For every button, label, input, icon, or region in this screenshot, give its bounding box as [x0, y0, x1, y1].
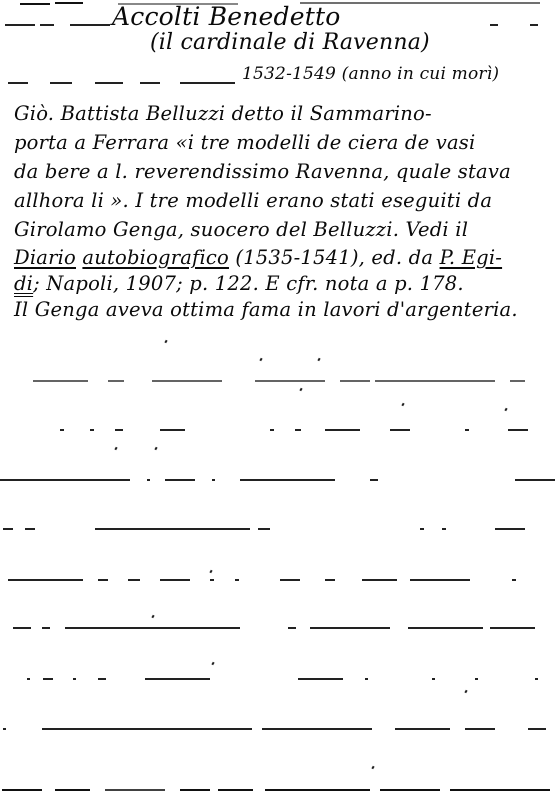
guide-line	[0, 528, 559, 530]
guide-line	[0, 380, 559, 382]
scan-speck	[401, 403, 404, 407]
guide-line	[0, 728, 559, 730]
scan-speck	[371, 766, 374, 770]
scan-speck	[464, 690, 467, 694]
underlined-title: Diario	[14, 246, 76, 269]
text-line: Diario autobiografico (1535-1541), ed. d…	[14, 246, 502, 269]
guide-line	[0, 429, 559, 431]
guide-line	[0, 579, 559, 581]
scan-speck	[114, 447, 117, 451]
scan-speck	[259, 358, 262, 362]
scan-speck	[211, 662, 214, 666]
guide-line	[0, 678, 559, 680]
text-line: Giò. Battista Belluzzi detto il Sammarin…	[14, 102, 432, 125]
text-line: porta a Ferrara «i tre modelli de ciera …	[14, 131, 475, 154]
text-line: allhora li ». I tre modelli erano stati …	[14, 189, 492, 212]
scan-speck	[164, 340, 167, 344]
text-line: Girolamo Genga, suocero del Belluzzi. Ve…	[14, 218, 468, 241]
card-heading-name: Accolti Benedetto	[112, 2, 341, 31]
underlined-editor: di	[14, 272, 33, 295]
card-heading-dates: 1532-1549 (anno in cui morì)	[242, 64, 499, 84]
index-card: Accolti Benedetto (il cardinale di Raven…	[0, 0, 559, 800]
text-line: di; Napoli, 1907; p. 122. E cfr. nota a …	[14, 272, 464, 295]
underlined-editor: P. Egi-	[440, 246, 503, 269]
guide-line	[0, 627, 559, 629]
underlined-title: autobiografico	[82, 246, 229, 269]
scan-speck	[299, 388, 302, 392]
text-line: da bere a l. reverendissimo Ravenna, qua…	[14, 160, 511, 183]
scan-speck	[209, 570, 212, 574]
scan-speck	[504, 408, 507, 412]
scan-speck	[154, 447, 157, 451]
scan-speck	[151, 615, 154, 619]
scan-speck	[317, 358, 320, 362]
text-line: Il Genga aveva ottima fama in lavori d'a…	[14, 298, 518, 321]
guide-line	[0, 479, 559, 481]
card-heading-role: (il cardinale di Ravenna)	[150, 30, 430, 55]
